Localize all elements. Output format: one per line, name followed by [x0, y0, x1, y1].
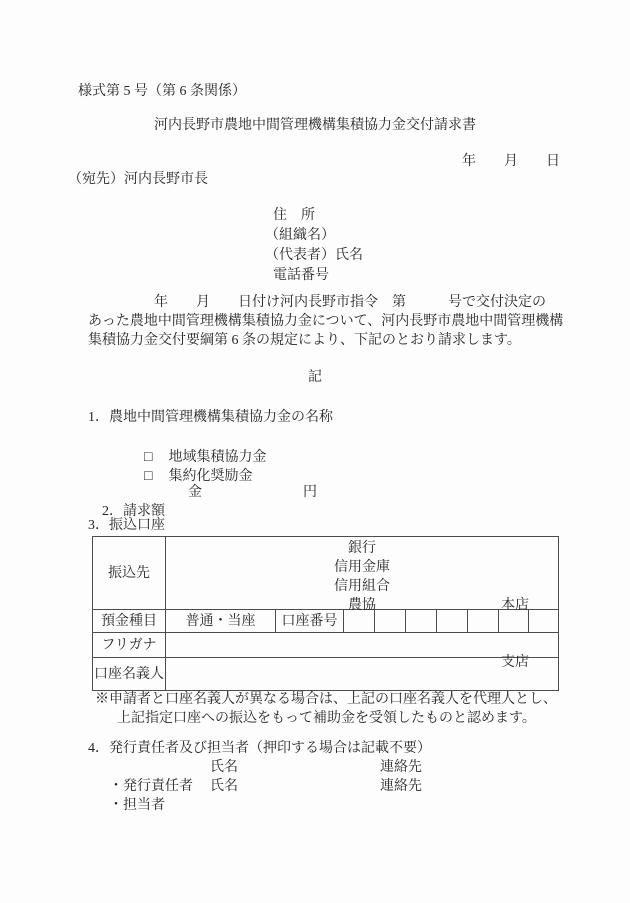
- table-note-line: 上記指定口座への振込をもって補助金を受領したものと認めます。: [117, 709, 536, 728]
- body-paragraph-line: あった農地中間管理機構集積協力金について、河内長野市農地中間管理機構: [88, 312, 562, 331]
- applicant-address-label: 住 所: [265, 206, 363, 226]
- table-note-line: ※申請者と口座名義人が異なる場合は、上記の口座名義人を代理人とし、: [95, 690, 557, 709]
- deposit-type-label-cell: 預金種目: [93, 610, 166, 633]
- applicant-phone-label: 電話番号: [265, 266, 363, 286]
- staff-person-row: ・担当者 氏名 連絡先: [95, 777, 555, 796]
- body-paragraph: 年 月 日付け河内長野市指令 第 号で交付決定の あった農地中間管理機構集積協力…: [88, 293, 562, 350]
- bank-account-table: 振込先 銀行 信用金庫 信用組合 農協 本店 支店 預金種目: [92, 536, 559, 691]
- addressee-line: （宛先）河内長野市長: [68, 170, 208, 189]
- applicant-organization-label: （組織名）: [265, 226, 363, 246]
- bullet-icon: ・: [109, 798, 123, 813]
- body-paragraph-line: 集積協力金交付要綱第 6 条の規定により、下記のとおり請求します。: [88, 331, 562, 350]
- furigana-label-cell: フリガナ: [93, 633, 166, 658]
- section3-heading: 3．振込口座: [88, 516, 165, 535]
- payee-value-cell: 銀行 信用金庫 信用組合 農協 本店 支店: [166, 537, 559, 610]
- contact-label: 連絡先: [380, 777, 422, 796]
- amount-prefix-label: 金: [188, 483, 202, 502]
- form-document-page: 様式第 5 号（第 6 条関係） 河内長野市農地中間管理機構集積協力金交付請求書…: [0, 0, 630, 903]
- branch-type-lines: 本店 支店: [494, 558, 536, 710]
- branch-type-option: 支店: [494, 653, 536, 672]
- amount-suffix-label: 円: [303, 483, 317, 502]
- name-label: 氏名: [210, 777, 238, 796]
- checkbox-option-label: 集約化奨励金: [168, 469, 252, 484]
- role-label: 担当者: [123, 798, 165, 813]
- responsible-person-row: ・発行責任者 氏名 連絡先: [95, 758, 555, 777]
- applicant-representative-label: （代表者）氏名: [265, 246, 363, 266]
- date-line: 年 月 日: [462, 152, 560, 171]
- section4-heading: 4．発行責任者及び担当者（押印する場合は記載不要）: [88, 739, 431, 758]
- section2-row: 2．請求額 金 円: [88, 483, 508, 502]
- contact-label: 連絡先: [380, 758, 422, 777]
- form-number: 様式第 5 号（第 6 条関係）: [78, 82, 246, 101]
- payee-label-cell: 振込先: [93, 537, 166, 610]
- applicant-block: 住 所 （組織名） （代表者）氏名 電話番号: [265, 206, 363, 286]
- record-mark: 記: [0, 368, 630, 387]
- holder-label-cell: 口座名義人: [93, 658, 166, 691]
- branch-type-option: 本店: [494, 596, 536, 615]
- document-title: 河内長野市農地中間管理機構集積協力金交付請求書: [0, 116, 630, 135]
- section1-heading: 1．農地中間管理機構集積協力金の名称: [88, 408, 333, 427]
- name-label: 氏名: [210, 758, 238, 777]
- bank-type-option: 銀行: [166, 539, 558, 558]
- bank-type-block: 銀行 信用金庫 信用組合 農協 本店 支店: [166, 537, 558, 609]
- body-paragraph-line: 年 月 日付け河内長野市指令 第 号で交付決定の: [88, 293, 562, 312]
